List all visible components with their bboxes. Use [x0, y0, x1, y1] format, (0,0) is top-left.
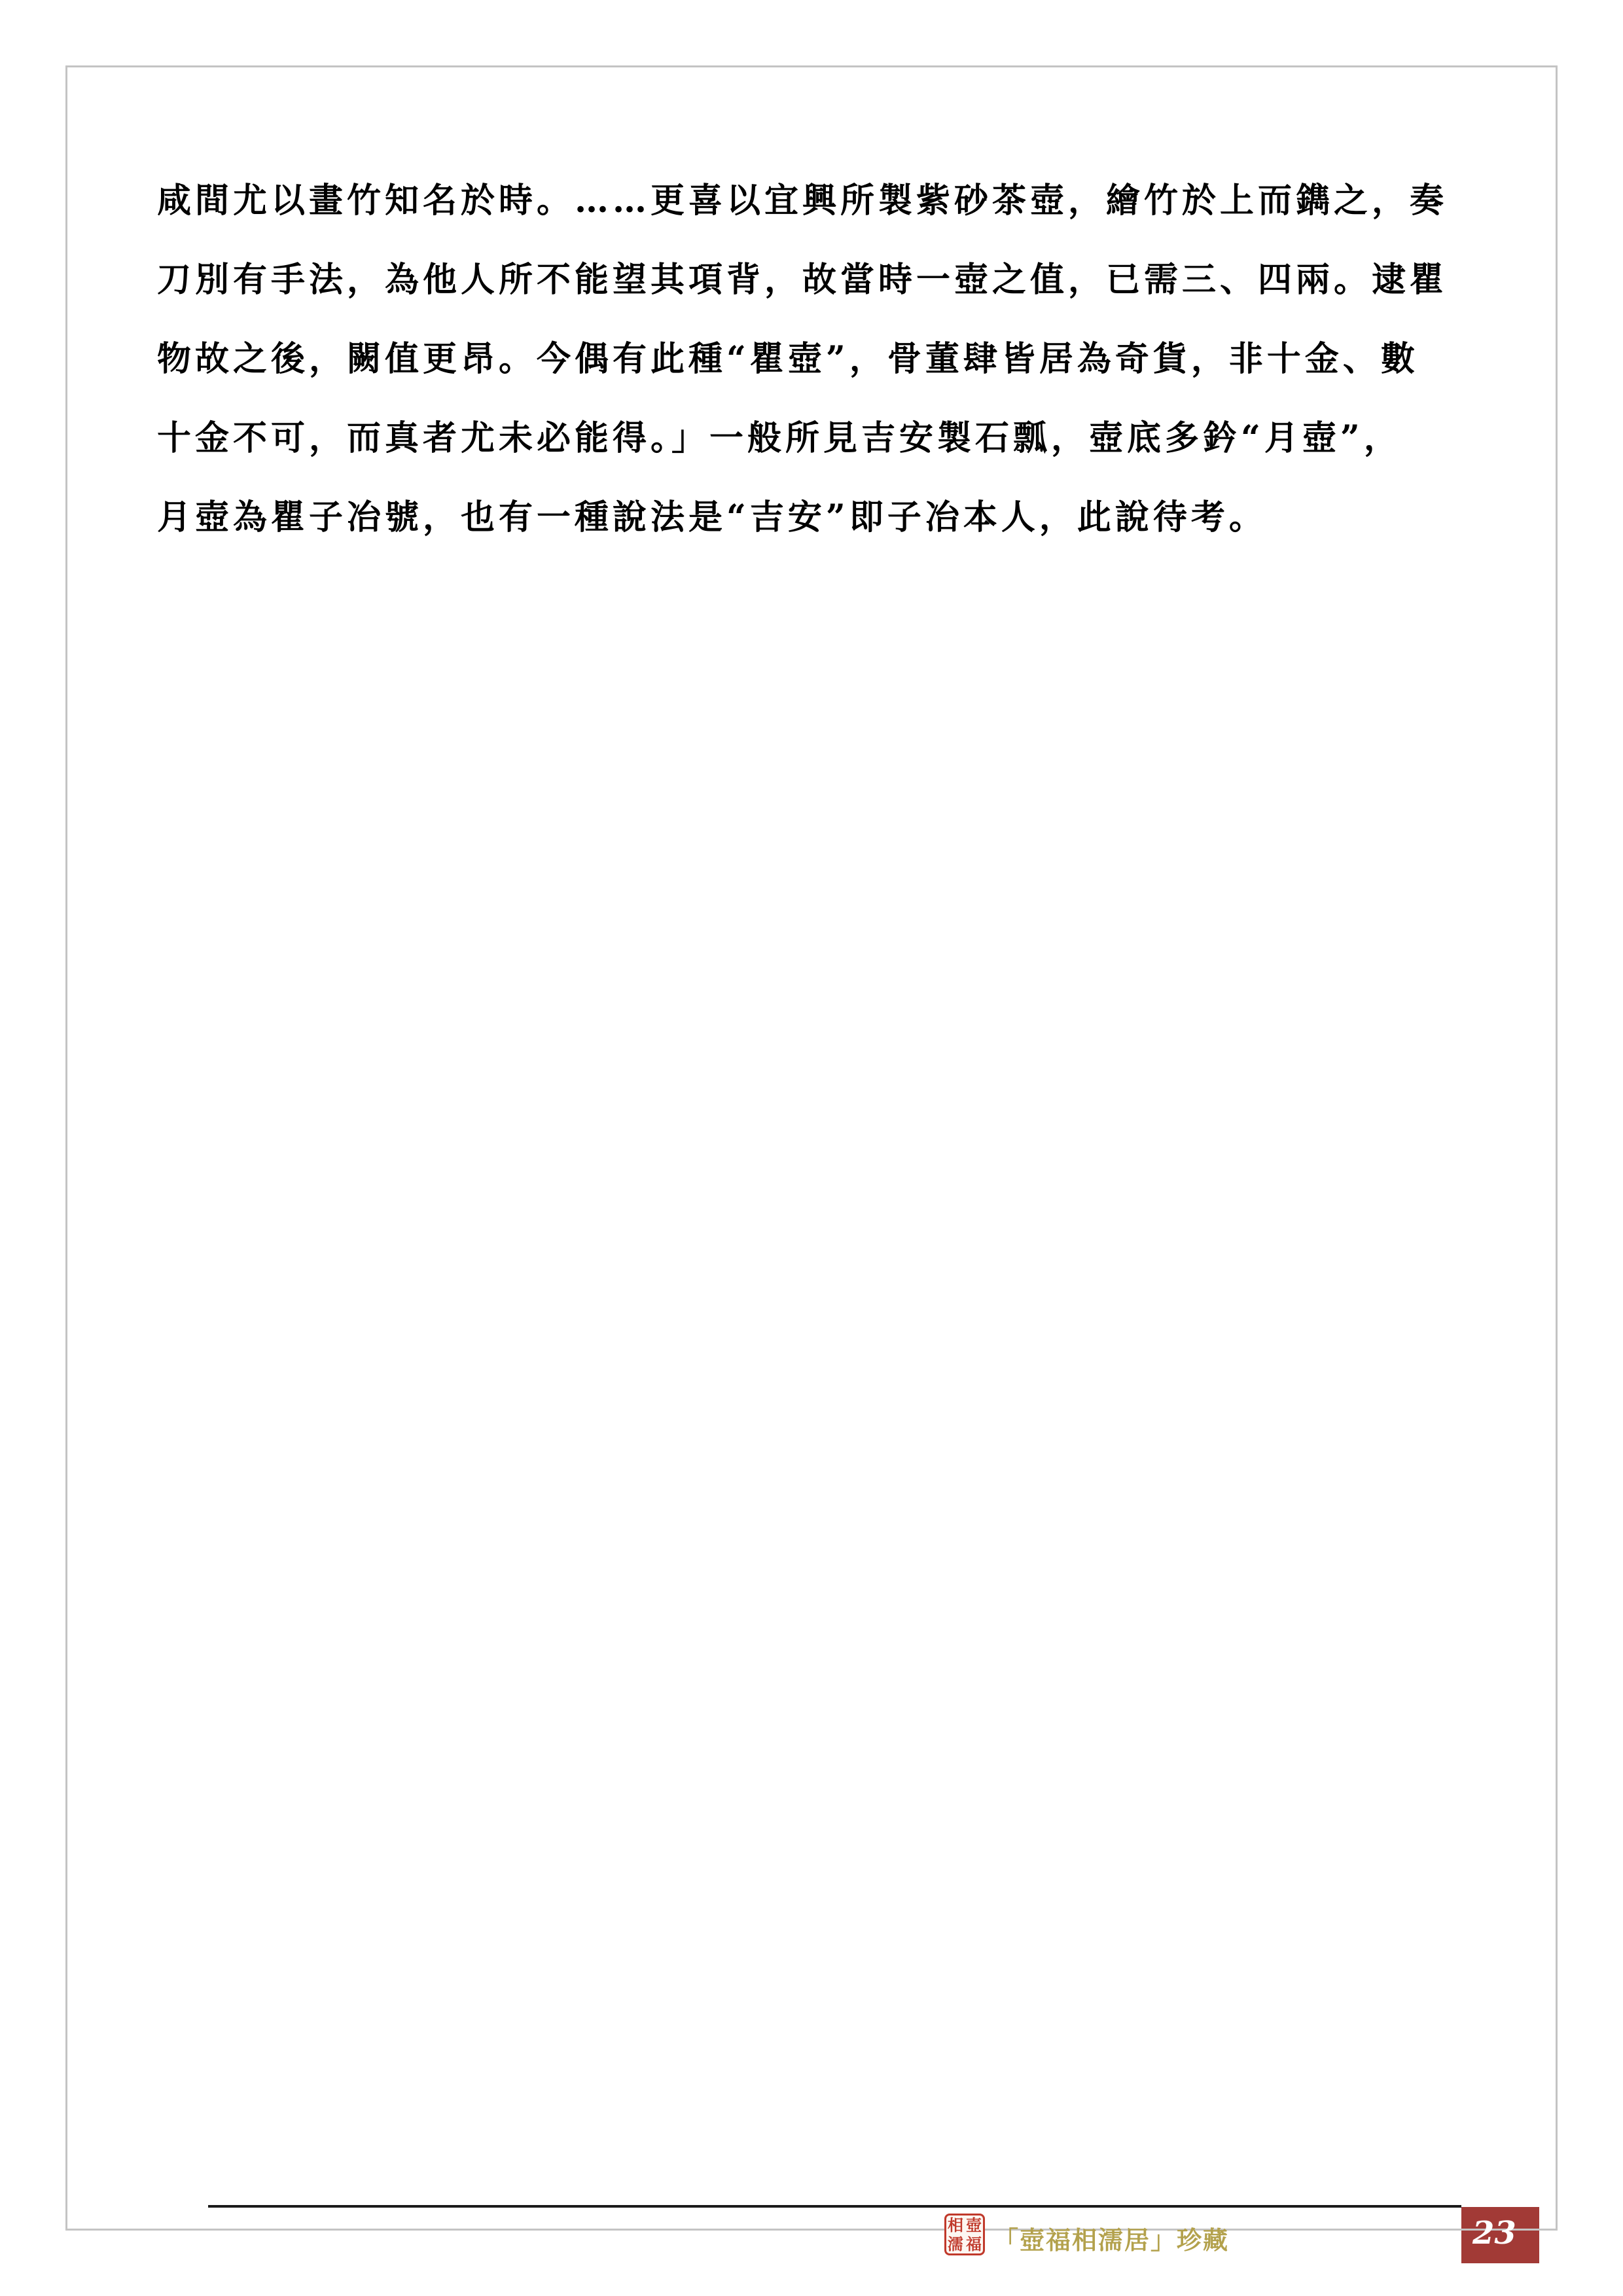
collection-seal-stamp-icon: 相 壺 濡 福	[944, 2214, 985, 2255]
seal-char-top-right: 壺	[966, 2217, 982, 2233]
collection-label: 「壺福相濡居」珍藏	[993, 2220, 1229, 2256]
document-page: 咸間尤以畫竹知名於時。……更喜以宜興所製紫砂茶壺，繪竹於上而鐫之，奏 刀別有手法…	[0, 0, 1623, 2296]
body-line-1: 咸間尤以畫竹知名於時。……更喜以宜興所製紫砂茶壺，繪竹於上而鐫之，奏	[157, 161, 1453, 240]
body-line-3: 物故之後，闕值更昂。今偶有此種“瞿壺”，骨董肆皆居為奇貨，非十金、數	[157, 319, 1453, 399]
body-line-5: 月壺為瞿子冶號，也有一種說法是“吉安”即子冶本人，此說待考。	[157, 478, 1453, 557]
body-line-4: 十金不可，而真者尤未必能得。」一般所見吉安製石瓢，壺底多鈐“月壺”，	[157, 399, 1453, 478]
page-number: 23	[1472, 2217, 1516, 2249]
footer-separator-rule	[208, 2205, 1461, 2208]
body-text-block: 咸間尤以畫竹知名於時。……更喜以宜興所製紫砂茶壺，繪竹於上而鐫之，奏 刀別有手法…	[157, 161, 1453, 557]
seal-char-top-left: 相	[948, 2217, 963, 2233]
seal-char-bottom-right: 福	[966, 2236, 982, 2252]
body-line-2: 刀別有手法，為他人所不能望其項背，故當時一壺之值，已需三、四兩。逮瞿	[157, 240, 1453, 319]
seal-char-bottom-left: 濡	[948, 2236, 963, 2252]
